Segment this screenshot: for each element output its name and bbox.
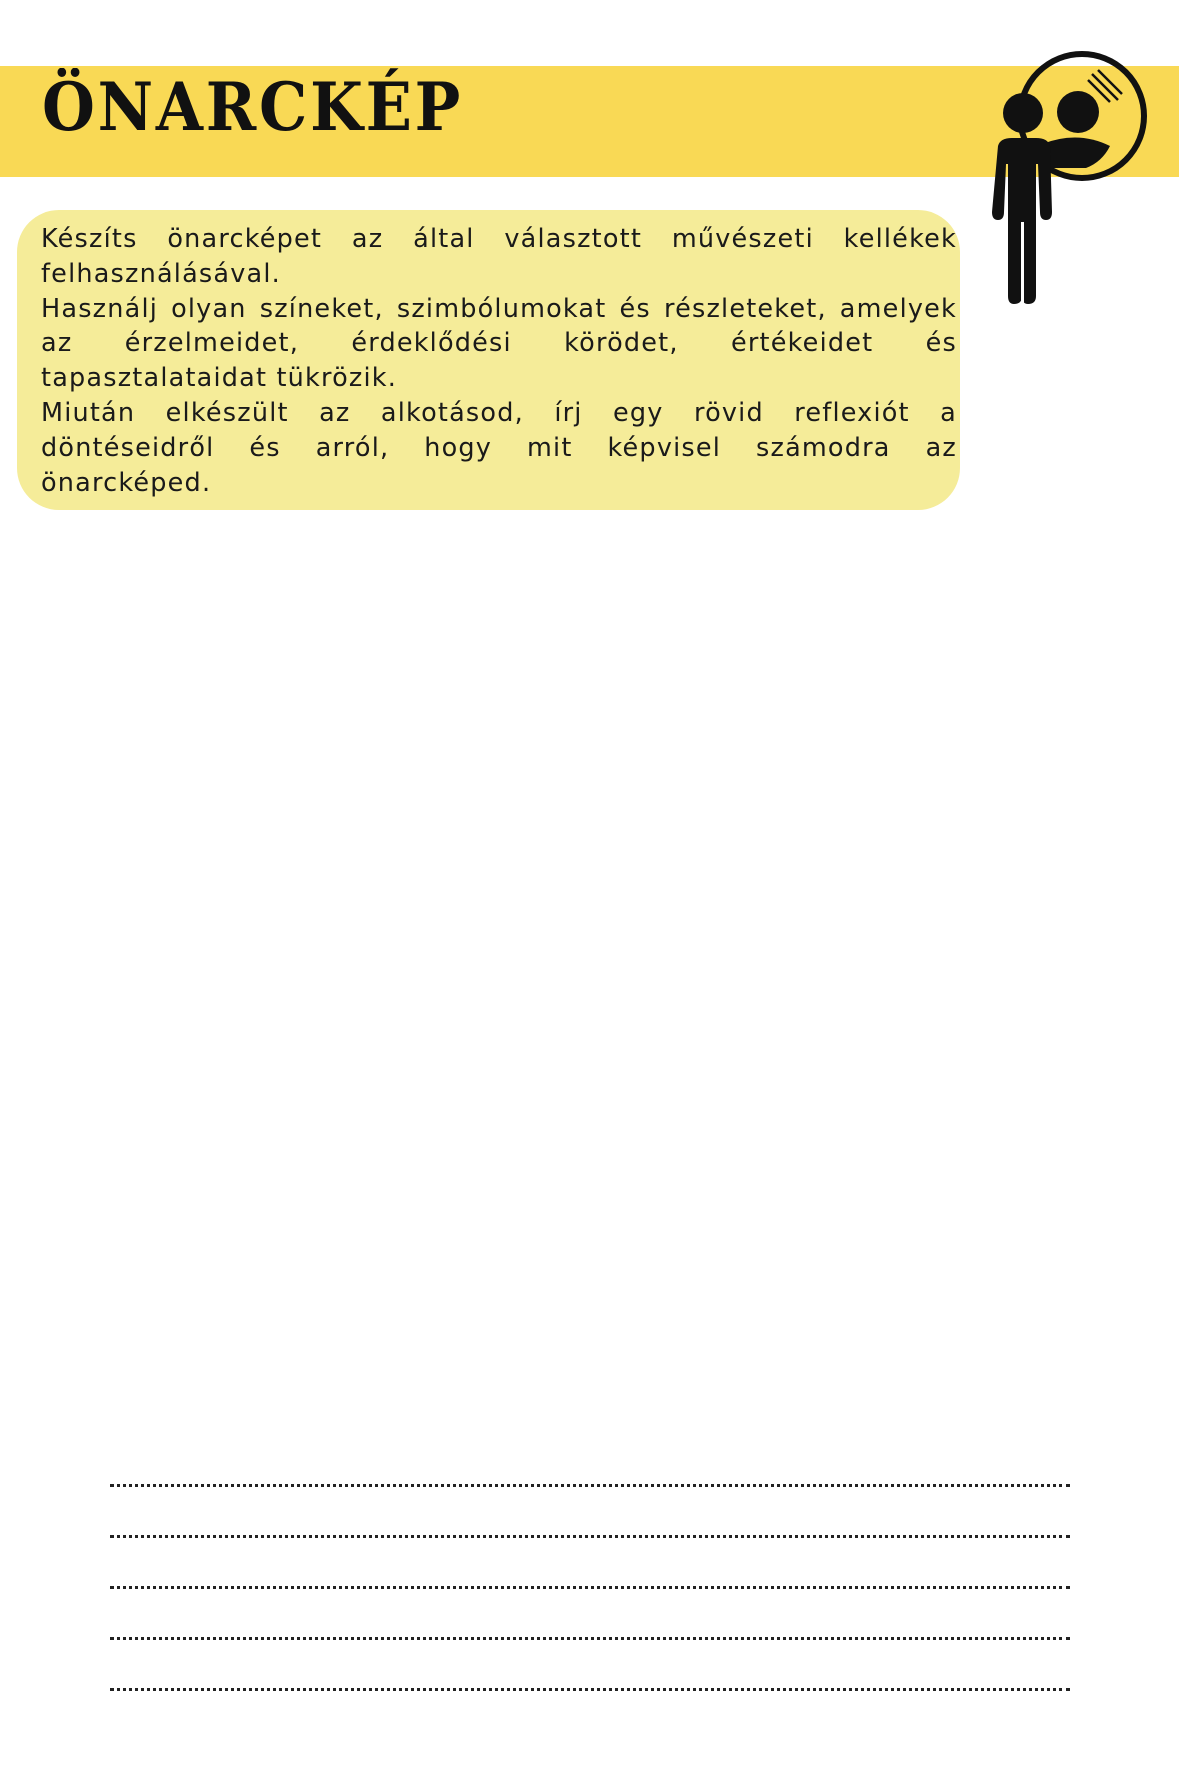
instruction-paragraph-2: Használj olyan színeket, szimbólumokat é… [41,292,957,396]
person-mirror-icon [970,46,1150,306]
answer-line-2[interactable] [110,1535,1070,1538]
instruction-paragraph-1: Készíts önarcképet az által választott m… [41,222,957,292]
answer-lines [110,1484,1070,1739]
page-title: ÖNARCKÉP [42,62,463,152]
answer-line-4[interactable] [110,1637,1070,1640]
answer-line-1[interactable] [110,1484,1070,1487]
drawing-area[interactable] [17,530,1162,1460]
answer-line-5[interactable] [110,1688,1070,1691]
answer-line-3[interactable] [110,1586,1070,1589]
instructions-text: Készíts önarcképet az által választott m… [41,222,957,500]
instruction-paragraph-3: Miután elkészült az alkotásod, írj egy r… [41,396,957,500]
